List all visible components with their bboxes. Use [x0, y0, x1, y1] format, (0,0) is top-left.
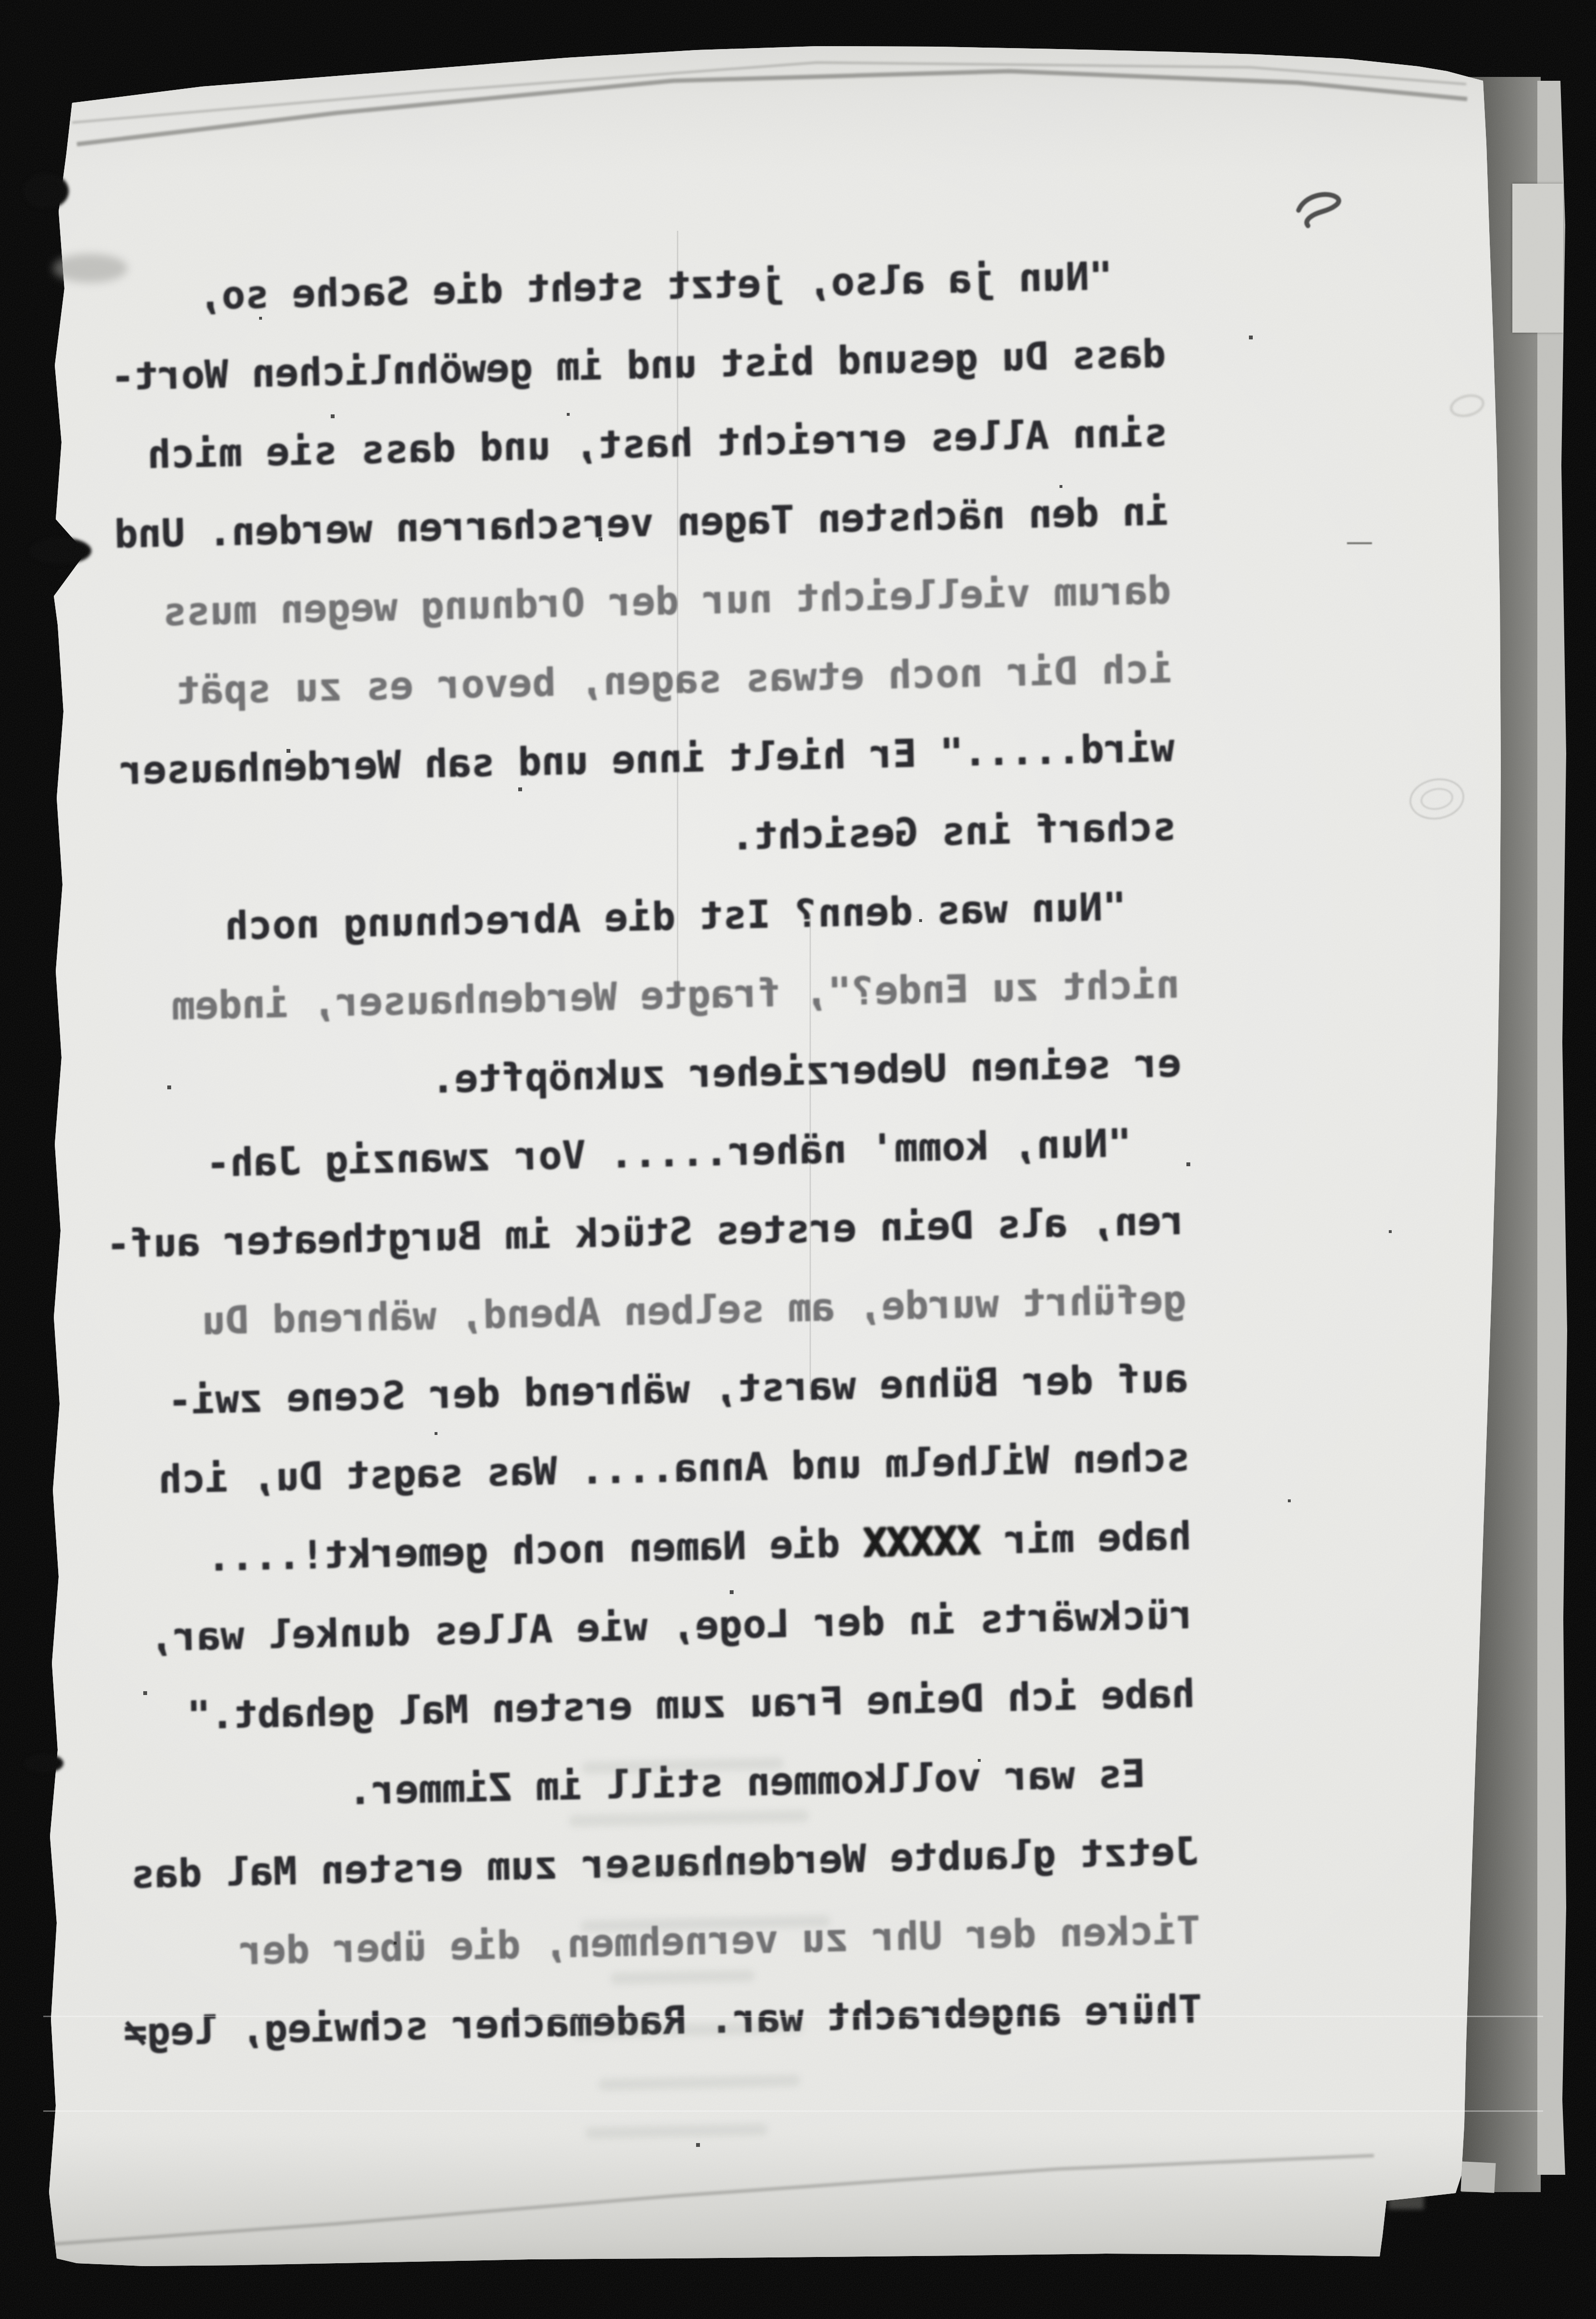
text-segment: in den nächsten Tagen verscharren werden…: [114, 489, 1170, 557]
text-segment: "Nun, komm' näher..... Vor zwanzig Jah-: [206, 1121, 1132, 1186]
film-scratch: [810, 913, 811, 1394]
text-segment: schen Wilhelm und Anna.... Was sagst Du,…: [158, 1435, 1190, 1503]
text-segment: auf der Bühne warst, während der Scene z…: [167, 1356, 1188, 1423]
scan-frame: "Nun ja also, jetzt steht die Sache so,d…: [0, 0, 1596, 2319]
text-segment: sinn Alles erreicht hast, und dass sie m…: [147, 410, 1168, 477]
text-segment: er seinen Ueberzieher zuknöpfte.: [431, 1041, 1182, 1102]
text-segment: die Namen noch gemerkt!....: [207, 1521, 864, 1581]
scanner-line: [43, 2016, 1543, 2017]
under-sheet-corner: [1460, 2161, 1496, 2193]
text-segment: scharf ins Gesicht.: [730, 804, 1176, 859]
under-sheet-edge: [1537, 81, 1567, 2177]
text-segment: ren, als Dein erstes Stück im Burgtheate…: [106, 1198, 1185, 1267]
text-segment: habe ich Deine Frau zum ersten Mal gehab…: [187, 1671, 1196, 1739]
edge-ink-blob: [24, 1754, 63, 1773]
text-segment: Thüre angebracht war. Rademacher schwieg…: [123, 1986, 1202, 2055]
typewritten-text-block: "Nun ja also, jetzt steht die Sache so,d…: [72, 236, 1203, 2072]
scratch-mark: [1347, 542, 1372, 544]
text-segment: Jetzt glaubte Werdenhauser zum ersten Ma…: [130, 1829, 1199, 1897]
edge-smudge: [53, 254, 127, 283]
ink-squiggle-mark: [1290, 187, 1357, 237]
overstrike-mark: XXXXX: [863, 1518, 981, 1566]
edge-ink-blob: [23, 173, 69, 209]
scanner-line: [43, 2110, 1543, 2112]
text-segment: dass Du gesund bist und im gewöhnlichen …: [111, 331, 1166, 399]
film-scratch: [677, 231, 678, 1000]
text-segment: nicht zu Ende?", fragte Werdenhauser, in…: [171, 962, 1180, 1029]
text-segment: "Nun was denn? Ist die Abrechnung noch: [224, 884, 1127, 949]
text-segment: rückwärts in der Loge, wie Alles dunkel …: [149, 1593, 1194, 1660]
text-segment: habe mir: [980, 1514, 1192, 1564]
edge-ink-blob: [29, 537, 91, 564]
text-segment: "Nun ja also, jetzt steht die Sache so,: [198, 254, 1113, 319]
text-segment: geführt wurde, am selben Abend, während …: [201, 1277, 1187, 1344]
dust-specks: [0, 0, 2, 2]
text-segment: wird....." Er hielt inne und sah Werdenh…: [119, 725, 1175, 794]
text-segment: ich Dir noch etwas sagen, bevor es zu sp…: [175, 647, 1173, 713]
under-sheet-tab: [1512, 184, 1563, 333]
text-segment: darum vielleicht nur der Ordnung wegen m…: [162, 568, 1172, 635]
